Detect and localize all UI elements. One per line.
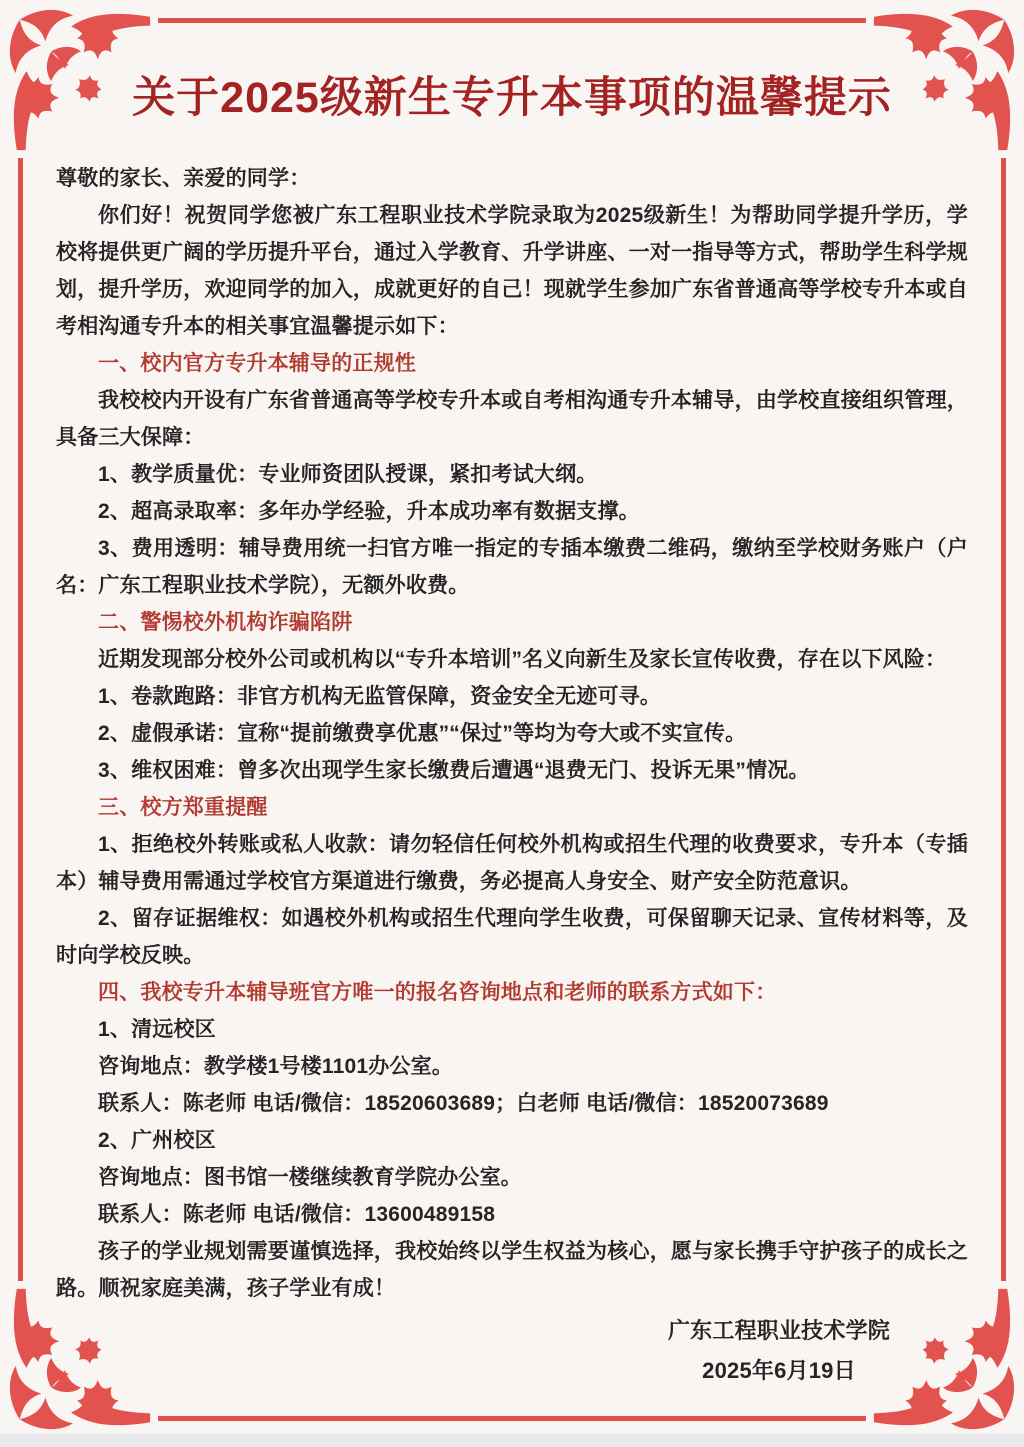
intro-paragraph: 你们好！祝贺同学您被广东工程职业技术学院录取为2025级新生！为帮助同学提升学历… bbox=[56, 197, 968, 345]
section1-item-2: 2、超高录取率：多年办学经验，升本成功率有数据支撑。 bbox=[56, 493, 968, 530]
section4-heading: 四、我校专升本辅导班官方唯一的报名咨询地点和老师的联系方式如下： bbox=[56, 974, 968, 1011]
notice-title: 关于2025级新生专升本事项的温馨提示 bbox=[56, 72, 968, 124]
campus1-address: 咨询地点：教学楼1号楼1101办公室。 bbox=[56, 1048, 968, 1085]
signature-school-name: 广东工程职业技术学院 bbox=[668, 1311, 890, 1351]
signature-date: 2025年6月19日 bbox=[668, 1351, 890, 1391]
section1-item-1: 1、教学质量优：专业师资团队授课，紧扣考试大纲。 bbox=[56, 456, 968, 493]
section3-item-1: 1、拒绝校外转账或私人收款：请勿轻信任何校外机构或招生代理的收费要求，专升本（专… bbox=[56, 826, 968, 900]
section1-paragraph: 我校校内开设有广东省普通高等学校专升本或自考相沟通专升本辅导，由学校直接组织管理… bbox=[56, 382, 968, 456]
section1-heading: 一、校内官方专升本辅导的正规性 bbox=[56, 345, 968, 382]
bottom-edge-strip bbox=[0, 1434, 1024, 1447]
section2-item-3: 3、维权困难：曾多次出现学生家长缴费后遭遇“退费无门、投诉无果”情况。 bbox=[56, 752, 968, 789]
section2-item-1: 1、卷款跑路：非官方机构无监管保障，资金安全无迹可寻。 bbox=[56, 678, 968, 715]
notice-content: 关于2025级新生专升本事项的温馨提示 尊敬的家长、亲爱的同学： 你们好！祝贺同… bbox=[56, 0, 968, 1391]
section3-item-2: 2、留存证据维权：如遇校外机构或招生代理向学生收费，可保留聊天记录、宣传材料等，… bbox=[56, 900, 968, 974]
section1-item-3: 3、费用透明：辅导费用统一扫官方唯一指定的专插本缴费二维码，缴纳至学校财务账户（… bbox=[56, 530, 968, 604]
section2-paragraph: 近期发现部分校外公司或机构以“专升本培训”名义向新生及家长宣传收费，存在以下风险… bbox=[56, 641, 968, 678]
section3-heading: 三、校方郑重提醒 bbox=[56, 789, 968, 826]
campus1-contact: 联系人：陈老师 电话/微信：18520603689；白老师 电话/微信：1852… bbox=[56, 1085, 968, 1122]
section2-heading: 二、警惕校外机构诈骗陷阱 bbox=[56, 604, 968, 641]
signature-block: 广东工程职业技术学院 2025年6月19日 bbox=[668, 1311, 890, 1391]
notice-page: 关于2025级新生专升本事项的温馨提示 尊敬的家长、亲爱的同学： 你们好！祝贺同… bbox=[0, 0, 1024, 1447]
campus1-name: 1、清远校区 bbox=[56, 1011, 968, 1048]
campus2-name: 2、广州校区 bbox=[56, 1122, 968, 1159]
salutation: 尊敬的家长、亲爱的同学： bbox=[56, 160, 968, 197]
campus2-contact: 联系人：陈老师 电话/微信：13600489158 bbox=[56, 1196, 968, 1233]
closing-paragraph: 孩子的学业规划需要谨慎选择，我校始终以学生权益为核心，愿与家长携手守护孩子的成长… bbox=[56, 1233, 968, 1307]
section2-item-2: 2、虚假承诺：宣称“提前缴费享优惠”“保过”等均为夸大或不实宣传。 bbox=[56, 715, 968, 752]
campus2-address: 咨询地点：图书馆一楼继续教育学院办公室。 bbox=[56, 1159, 968, 1196]
